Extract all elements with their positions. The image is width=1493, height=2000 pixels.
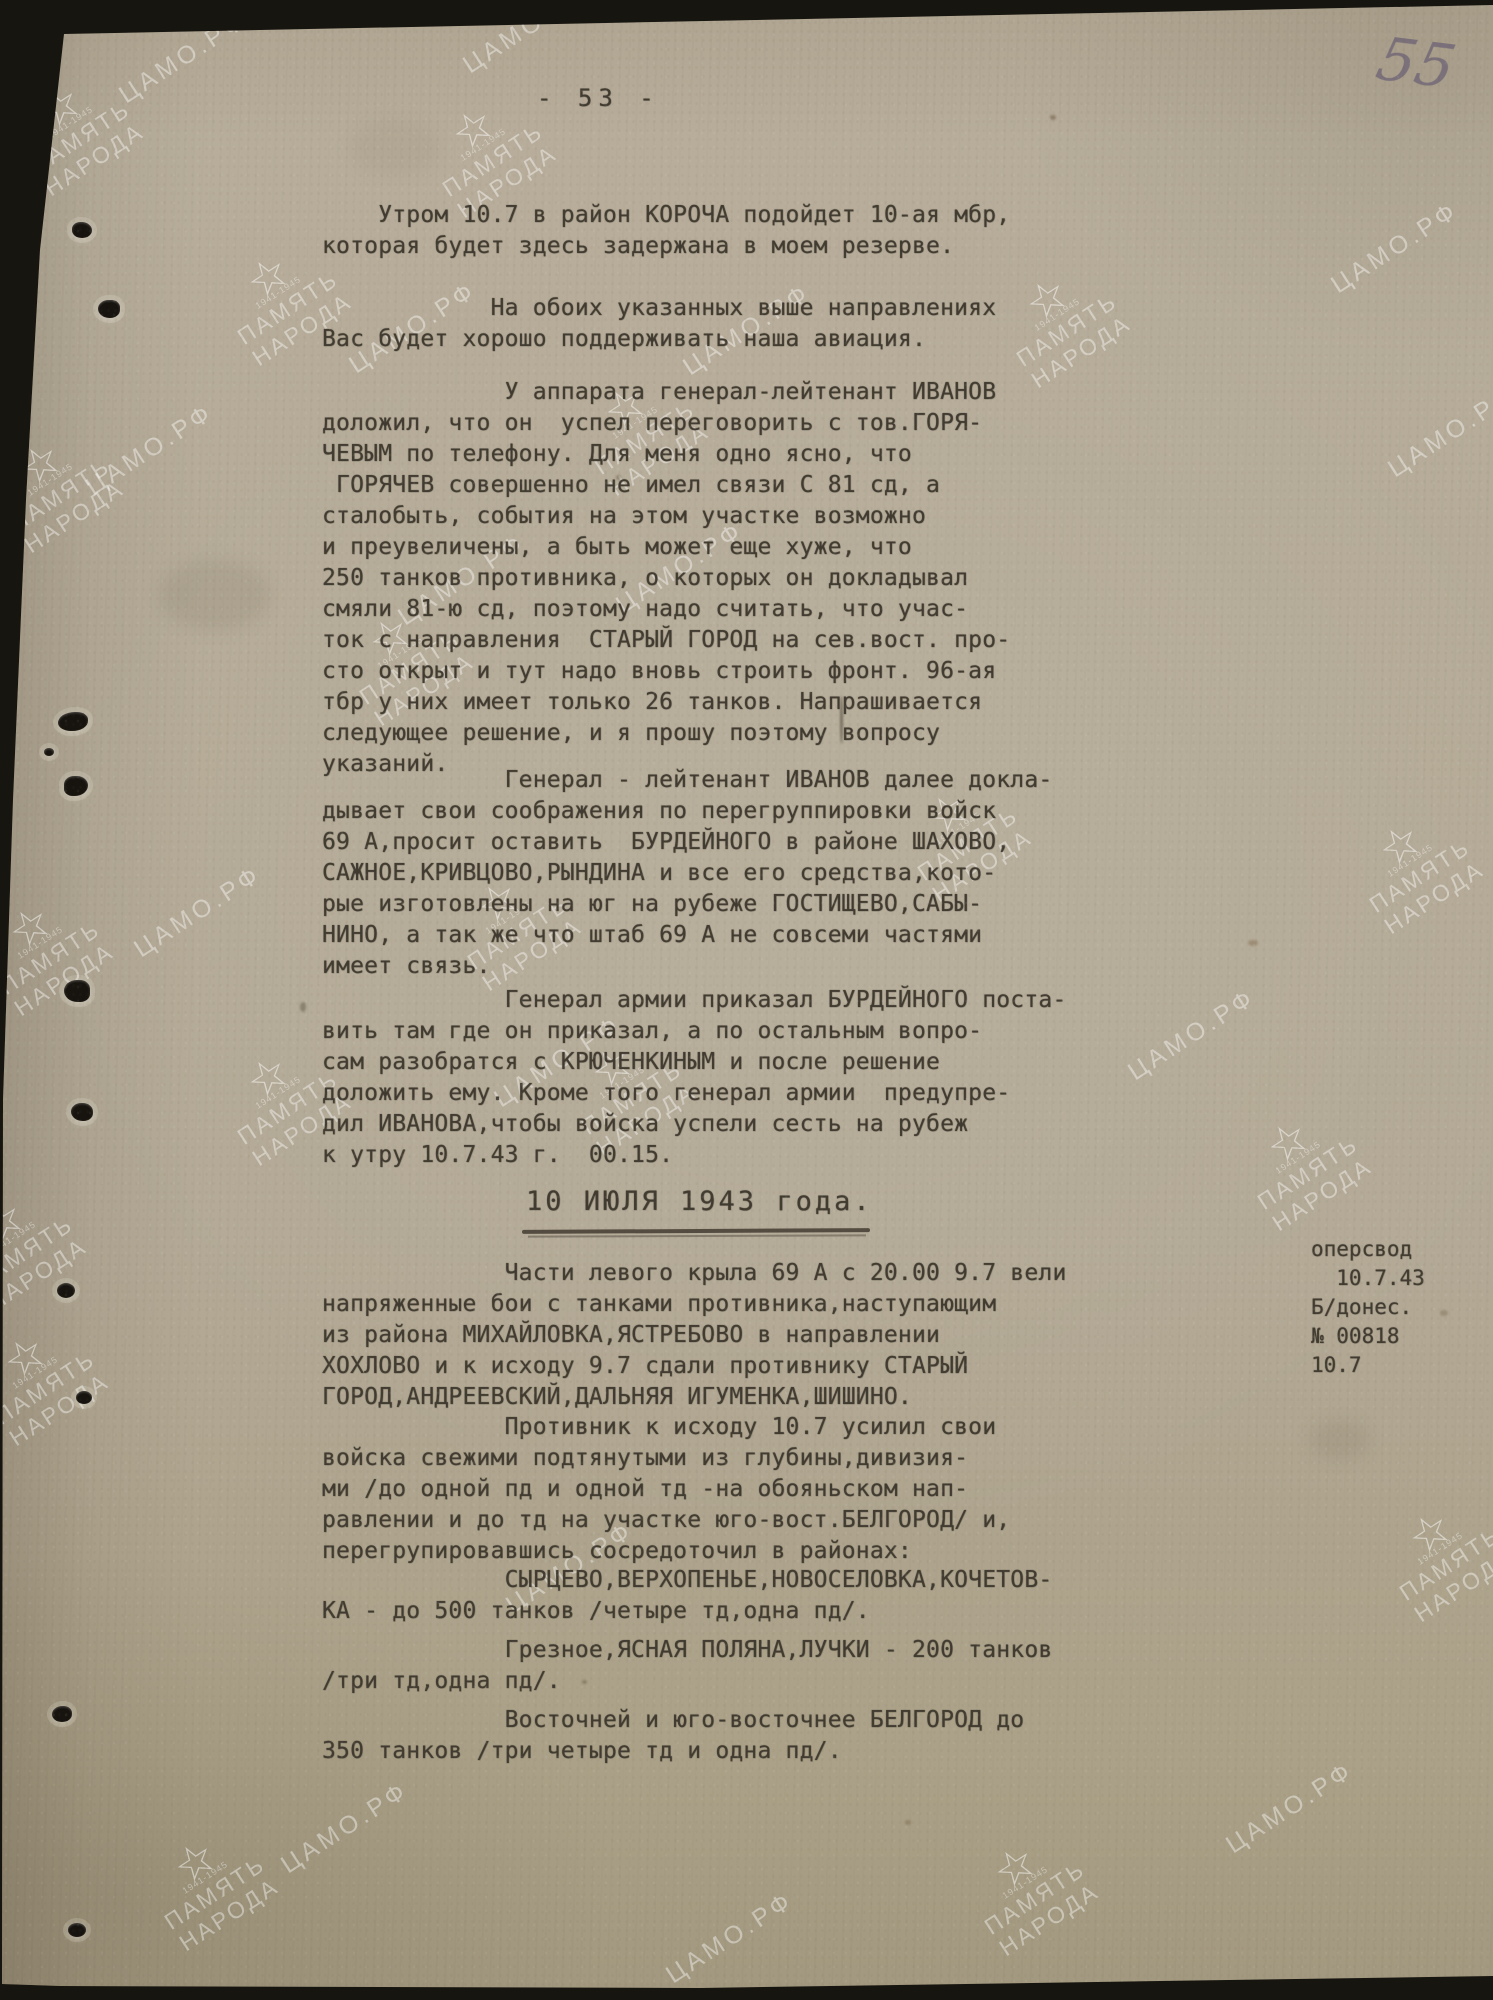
date-heading: 10 ИЮЛЯ 1943 года. xyxy=(526,1186,873,1217)
typed-text-layer: - 53 - 10 ИЮЛЯ 1943 года. Утром 10.7 в р… xyxy=(0,0,1493,2000)
margin-note: оперсвод 10.7.43 Б/донес. № 00818 10.7 xyxy=(1311,1235,1425,1380)
typed-paragraph: Генерал - лейтенант ИВАНОВ далее докла- … xyxy=(322,765,1052,982)
punch-hole xyxy=(71,1103,93,1121)
typed-paragraph: Части левого крыла 69 А с 20.00 9.7 вели… xyxy=(322,1258,1067,1413)
punch-hole xyxy=(44,748,54,756)
punch-hole xyxy=(98,300,120,318)
typed-paragraph: Утром 10.7 в район КОРОЧА подойдет 10-ая… xyxy=(322,200,1010,262)
punch-hole xyxy=(76,1391,92,1404)
typed-paragraph: СЫРЦЕВО,ВЕРХОПЕНЬЕ,НОВОСЕЛОВКА,КОЧЕТОВ- … xyxy=(322,1565,1052,1627)
heading-underline xyxy=(522,1228,870,1234)
punch-hole xyxy=(68,1923,86,1937)
typed-paragraph: Генерал армии приказал БУРДЕЙНОГО поста-… xyxy=(322,985,1067,1171)
punch-hole xyxy=(52,1706,72,1722)
document-scan: ☆1941-1945ПАМЯТЬНАРОДА☆1941-1945ПАМЯТЬНА… xyxy=(0,0,1493,2000)
page-number: - 53 - xyxy=(537,84,660,112)
paper-sheet: ☆1941-1945ПАМЯТЬНАРОДА☆1941-1945ПАМЯТЬНА… xyxy=(0,0,1493,2000)
punch-hole xyxy=(72,222,92,238)
typed-paragraph: Грезное,ЯСНАЯ ПОЛЯНА,ЛУЧКИ - 200 танков … xyxy=(322,1635,1052,1697)
folio-number-handwritten: 55 xyxy=(1370,24,1462,102)
punch-hole xyxy=(57,1283,75,1298)
heading-underline-second xyxy=(528,1234,866,1237)
typed-paragraph: На обоих указанных выше направлениях Вас… xyxy=(322,293,996,355)
typed-paragraph: Восточней и юго-восточнее БЕЛГОРОД до 35… xyxy=(322,1705,1024,1767)
typed-paragraph: Противник к исходу 10.7 усилил свои войс… xyxy=(322,1412,1010,1567)
typed-paragraph: У аппарата генерал-лейтенант ИВАНОВ доло… xyxy=(322,377,1010,780)
punch-hole xyxy=(64,980,90,1002)
